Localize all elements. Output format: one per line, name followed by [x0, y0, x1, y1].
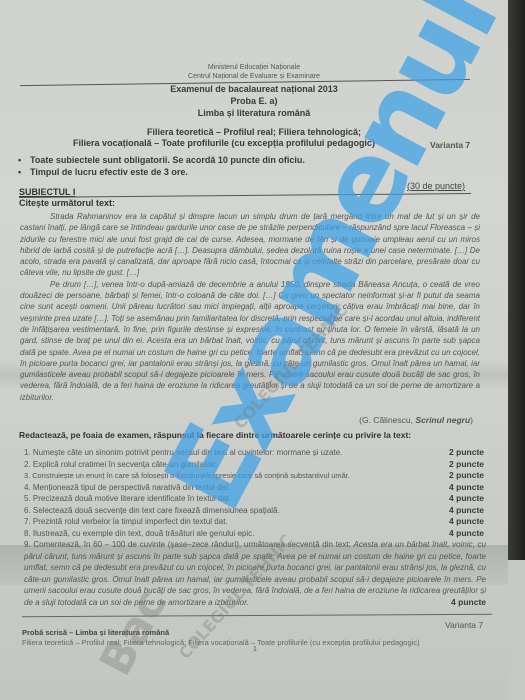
- requirement-item: 5. Precizează două motive literare ident…: [24, 493, 484, 505]
- background-edge: [508, 560, 525, 700]
- requirement-item: 3. Construiește un enunț în care să folo…: [24, 470, 484, 482]
- exam-title: Examenul de bacalaureat național 2013: [0, 84, 508, 94]
- requirement-text: 7. Prezintă rolul verbelor la timpul imp…: [24, 516, 228, 528]
- requirement-points: 4 puncte: [449, 482, 484, 494]
- footer-rule: [22, 614, 492, 617]
- literary-text: Strada Rahmaninov era la capătul și dins…: [20, 211, 480, 403]
- requirement-item: 4. Menționează tipul de perspectivă nara…: [24, 482, 484, 494]
- footer-line-1: Probă scrisă – Limba și literatura român…: [22, 628, 169, 637]
- requirement-item: 2. Explică rolul cratimei în secvența câ…: [24, 459, 484, 471]
- text-source: (G. Călinescu, Scrinul negru): [359, 415, 473, 425]
- text-paragraph: Pe drum […], venea într-o după-amiază de…: [20, 279, 480, 403]
- footer-variant: Varianta 7: [445, 620, 483, 630]
- requirement-text: 3. Construiește un enunț în care să folo…: [24, 470, 350, 482]
- requirement-quote: Acesta era un bărbat înalt, voinic, cu p…: [24, 540, 486, 607]
- page-number: 1: [253, 646, 257, 653]
- requirement-item: 6. Selectează două secvențe din text car…: [24, 505, 484, 517]
- requirement-item-9: 9. Comentează, în 60 – 100 de cuvinte (ș…: [24, 539, 486, 608]
- requirement-text: 9. Comentează, în 60 – 100 de cuvinte (ș…: [24, 540, 354, 549]
- read-prompt: Citește următorul text:: [19, 198, 115, 208]
- requirements-list: 1. Numește câte un sinonim potrivit pent…: [24, 447, 484, 539]
- requirement-points: 4 puncte: [451, 597, 486, 609]
- section-title: SUBIECTUL I: [19, 187, 75, 197]
- requirement-points: 2 puncte: [449, 447, 484, 459]
- test-name: Proba E. a): [0, 96, 508, 106]
- instruction-item: Timpul de lucru efectiv este de 3 ore.: [30, 167, 188, 177]
- requirement-text: 5. Precizează două motive literare ident…: [24, 493, 231, 505]
- requirement-text: 6. Selectează două secvențe din text car…: [24, 505, 280, 517]
- requirement-item: 7. Prezintă rolul verbelor la timpul imp…: [24, 516, 484, 528]
- track-line-1: Filiera teoretică – Profilul real; Filie…: [0, 127, 508, 137]
- ministry-name: Ministerul Educației Naționale: [0, 64, 508, 71]
- background-edge: [508, 0, 525, 560]
- requirement-item: 1. Numește câte un sinonim potrivit pent…: [24, 447, 484, 459]
- task-prompt: Redactează, pe foaia de examen, răspunsu…: [19, 430, 411, 440]
- track-line-2: Filiera vocațională – Toate profilurile …: [0, 138, 478, 148]
- requirement-points: 4 puncte: [449, 516, 484, 528]
- requirement-points: 4 puncte: [449, 505, 484, 517]
- requirement-text: 2. Explică rolul cratimei în secvența câ…: [24, 459, 218, 471]
- source-close: ): [470, 415, 473, 425]
- text-paragraph: Strada Rahmaninov era la capătul și dins…: [20, 211, 480, 279]
- instruction-item: Toate subiectele sunt obligatorii. Se ac…: [30, 155, 305, 165]
- footer-line-2: Filiera teoretică – Profilul real; Filie…: [22, 638, 420, 647]
- requirement-points: 2 puncte: [449, 470, 484, 482]
- variant-label: Varianta 7: [430, 140, 470, 150]
- requirement-points: 4 puncte: [449, 528, 484, 540]
- exam-paper: Ministerul Educației Naționale Centrul N…: [0, 0, 508, 700]
- requirement-text: 8. Ilustrează, cu exemple din text, două…: [24, 528, 254, 540]
- requirement-points: 4 puncte: [449, 493, 484, 505]
- section-points: (30 de puncte): [407, 181, 465, 191]
- requirement-text: 4. Menționează tipul de perspectivă nara…: [24, 482, 230, 494]
- requirement-text: 1. Numește câte un sinonim potrivit pent…: [24, 447, 342, 459]
- source-author: (G. Călinescu,: [359, 415, 415, 425]
- source-title: Scrinul negru: [415, 415, 470, 425]
- requirement-item: 8. Ilustrează, cu exemple din text, două…: [24, 528, 484, 540]
- subject-name: Limba și literatura română: [0, 108, 508, 118]
- requirement-points: 2 puncte: [449, 459, 484, 471]
